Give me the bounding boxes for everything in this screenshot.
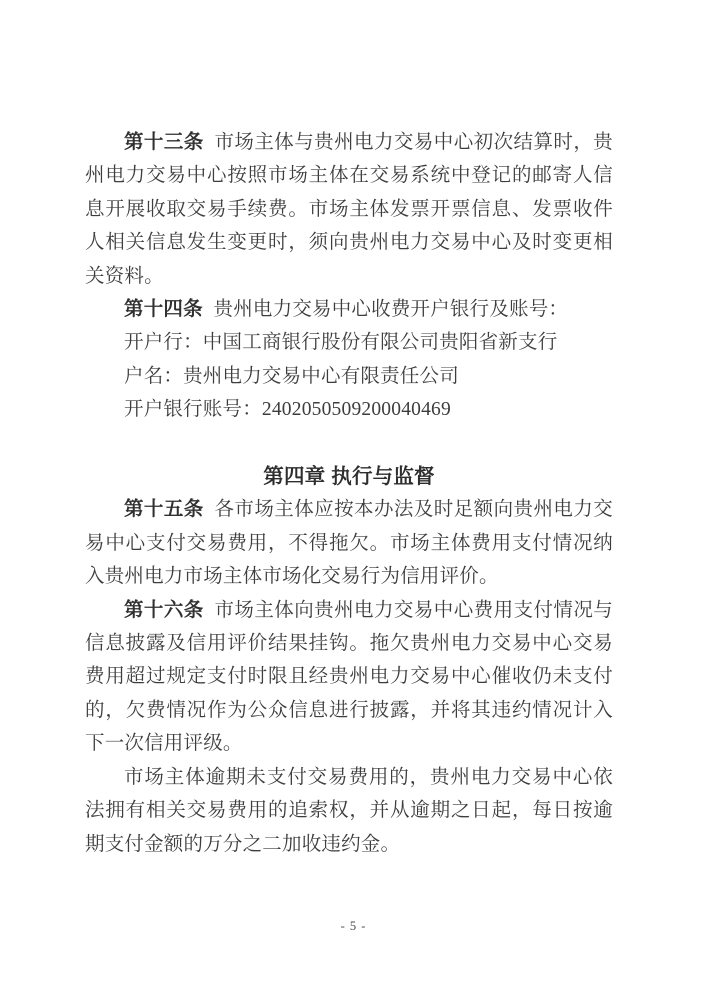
clause-16-text: 市场主体向贵州电力交易中心费用支付情况与信息披露及信用评价结果挂钩。拖欠贵州电力… bbox=[85, 600, 613, 755]
chapter-4-heading: 第四章 执行与监督 bbox=[85, 460, 613, 493]
clause-16-paragraph: 第十六条市场主体向贵州电力交易中心费用支付情况与信息披露及信用评价结果挂钩。拖欠… bbox=[85, 594, 613, 761]
clause-15-number: 第十五条 bbox=[124, 499, 204, 520]
page-footer: - 5 - bbox=[0, 918, 707, 934]
account-number-line: 开户银行账号：2402050509200040469 bbox=[85, 393, 613, 426]
bank-branch-line: 开户行：中国工商银行股份有限公司贵阳省新支行 bbox=[85, 326, 613, 359]
document-page: 第十三条市场主体与贵州电力交易中心初次结算时，贵州电力交易中心按照市场主体在交易… bbox=[0, 0, 707, 1000]
clause-13-text: 市场主体与贵州电力交易中心初次结算时，贵州电力交易中心按照市场主体在交易系统中登… bbox=[85, 132, 613, 287]
clause-16-number: 第十六条 bbox=[124, 600, 204, 621]
clause-13-number: 第十三条 bbox=[124, 132, 204, 153]
clause-15-paragraph: 第十五条各市场主体应按本办法及时足额向贵州电力交易中心支付交易费用，不得拖欠。市… bbox=[85, 493, 613, 593]
account-name-line: 户名：贵州电力交易中心有限责任公司 bbox=[85, 360, 613, 393]
overdue-penalty-text: 市场主体逾期未支付交易费用的，贵州电力交易中心依法拥有相关交易费用的追索权，并从… bbox=[85, 767, 613, 855]
page-number: - 5 - bbox=[341, 919, 367, 933]
clause-14-paragraph: 第十四条贵州电力交易中心收费开户银行及账号： bbox=[85, 293, 613, 326]
clause-14-text: 贵州电力交易中心收费开户银行及账号： bbox=[214, 299, 569, 320]
overdue-penalty-paragraph: 市场主体逾期未支付交易费用的，贵州电力交易中心依法拥有相关交易费用的追索权，并从… bbox=[85, 761, 613, 861]
clause-14-number: 第十四条 bbox=[124, 299, 203, 320]
document-body: 第十三条市场主体与贵州电力交易中心初次结算时，贵州电力交易中心按照市场主体在交易… bbox=[85, 126, 613, 861]
clause-13-paragraph: 第十三条市场主体与贵州电力交易中心初次结算时，贵州电力交易中心按照市场主体在交易… bbox=[85, 126, 613, 293]
